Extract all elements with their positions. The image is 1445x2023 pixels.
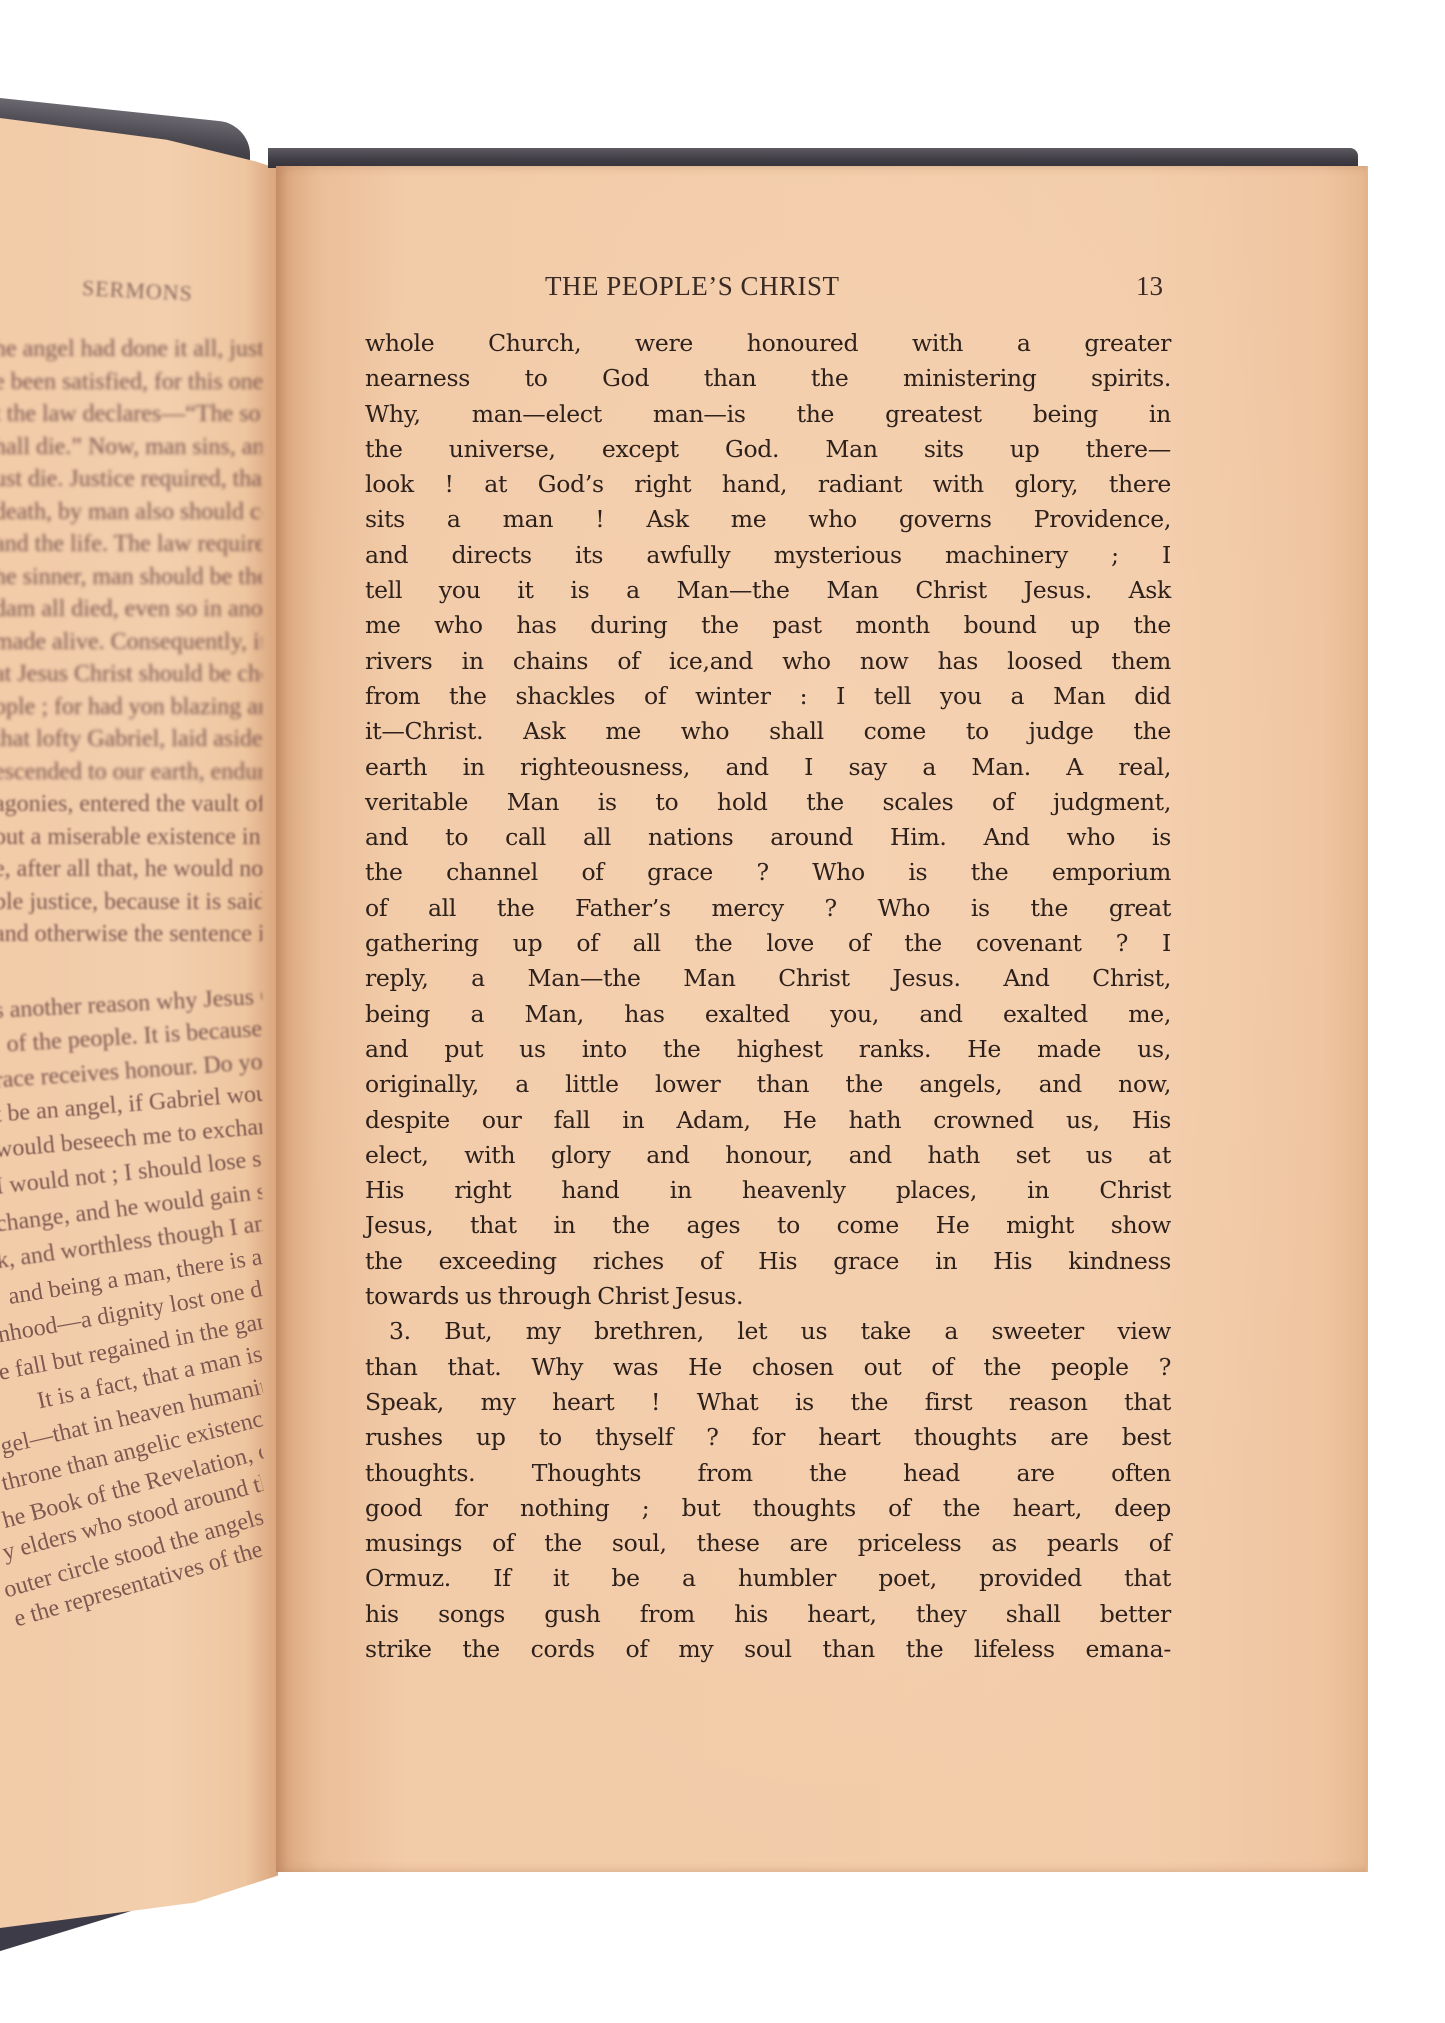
right-cover-edge bbox=[268, 148, 1358, 168]
left-line: made alive. Consequently, it was bbox=[0, 626, 262, 659]
text-line: Why, man—elect man—is the greatest being… bbox=[365, 397, 1171, 432]
left-line: agonies, entered the vault of death, bbox=[0, 788, 262, 821]
left-line: and otherwise the sentence is not bbox=[0, 918, 262, 951]
text-line: the universe, except God. Man sits up th… bbox=[365, 432, 1171, 467]
text-line: reply, a Man—the Man Christ Jesus. And C… bbox=[365, 961, 1171, 996]
book-photo: SERMONS he angel had done it all, justic… bbox=[0, 0, 1445, 2023]
text-line: Speak, my heart ! What is the first reas… bbox=[365, 1385, 1171, 1420]
text-line: Ormuz. If it be a humbler poet, provided… bbox=[365, 1561, 1171, 1596]
text-line: than that. Why was He chosen out of the … bbox=[365, 1350, 1171, 1385]
left-line: that lofty Gabriel, laid aside his bbox=[0, 723, 262, 756]
page-header: THE PEOPLE’S CHRIST 13 bbox=[276, 271, 1366, 301]
text-line: veritable Man is to hold the scales of j… bbox=[365, 785, 1171, 820]
paragraph-gap bbox=[0, 951, 262, 981]
text-line: towards us through Christ Jesus. bbox=[365, 1279, 1171, 1314]
left-paragraph-2: s another reason why Jesus Christ of the… bbox=[0, 981, 262, 1566]
text-line: His right hand in heavenly places, in Ch… bbox=[365, 1173, 1171, 1208]
left-running-head: SERMONS bbox=[81, 275, 193, 307]
text-line: and to call all nations around Him. And … bbox=[365, 820, 1171, 855]
left-line: e, after all that, he would not have bbox=[0, 853, 262, 886]
text-line: nearness to God than the ministering spi… bbox=[365, 361, 1171, 396]
text-line: 3. But, my brethren, let us take a sweet… bbox=[365, 1314, 1171, 1349]
left-line: out a miserable existence in so bbox=[0, 821, 262, 854]
left-page: SERMONS he angel had done it all, justic… bbox=[0, 118, 278, 1928]
text-line: it—Christ. Ask me who shall come to judg… bbox=[365, 714, 1171, 749]
left-line: dam all died, even so in another Adam bbox=[0, 593, 262, 626]
text-line: strike the cords of my soul than the lif… bbox=[365, 1632, 1171, 1667]
left-line: ust die. Justice required, that as by bbox=[0, 463, 262, 496]
text-line: from the shackles of winter : I tell you… bbox=[365, 679, 1171, 714]
text-line: sits a man ! Ask me who governs Providen… bbox=[365, 502, 1171, 537]
left-line: ople ; for had yon blazing angel near bbox=[0, 691, 262, 724]
page-body-text: whole Church, were honoured with a great… bbox=[365, 326, 1171, 1667]
text-line: and put us into the highest ranks. He ma… bbox=[365, 1032, 1171, 1067]
text-line: look ! at God’s right hand, radiant with… bbox=[365, 467, 1171, 502]
text-line: earth in righteousness, and I say a Man.… bbox=[365, 750, 1171, 785]
text-line: musings of the soul, these are priceless… bbox=[365, 1526, 1171, 1561]
text-line: the channel of grace ? Who is the empori… bbox=[365, 855, 1171, 890]
right-page: THE PEOPLE’S CHRIST 13 whole Church, wer… bbox=[276, 166, 1368, 1872]
left-line: he angel had done it all, justice would bbox=[0, 333, 262, 366]
text-line: gathering up of all the love of the cove… bbox=[365, 926, 1171, 961]
text-line: whole Church, were honoured with a great… bbox=[365, 326, 1171, 361]
text-line: Jesus, that in the ages to come He might… bbox=[365, 1208, 1171, 1243]
text-line: rivers in chains of ice,and who now has … bbox=[365, 644, 1171, 679]
text-line: and directs its awfully mysterious machi… bbox=[365, 538, 1171, 573]
page-number: 13 bbox=[1136, 271, 1163, 302]
left-line: ble justice, because it is said, a bbox=[0, 886, 262, 919]
left-line: hall die.” Now, man sins, and there bbox=[0, 431, 262, 464]
left-line: t the law declares—“The soul that bbox=[0, 398, 262, 431]
left-page-text: he angel had done it all, justice would … bbox=[0, 333, 262, 1566]
left-line: e been satisfied, for this one simple bbox=[0, 366, 262, 399]
text-line: originally, a little lower than the ange… bbox=[365, 1067, 1171, 1102]
text-line: despite our fall in Adam, He hath crowne… bbox=[365, 1103, 1171, 1138]
text-line: being a Man, has exalted you, and exalte… bbox=[365, 997, 1171, 1032]
text-line: me who has during the past month bound u… bbox=[365, 608, 1171, 643]
left-line: he sinner, man should be the victim— bbox=[0, 561, 262, 594]
text-line: good for nothing ; but thoughts of the h… bbox=[365, 1491, 1171, 1526]
left-line: death, by man also should come the bbox=[0, 496, 262, 529]
text-line: the exceeding riches of His grace in His… bbox=[365, 1244, 1171, 1279]
text-line: of all the Father’s mercy ? Who is the g… bbox=[365, 891, 1171, 926]
left-line: at Jesus Christ should be chosen bbox=[0, 658, 262, 691]
left-line: and the life. The law required, that bbox=[0, 528, 262, 561]
text-line: his songs gush from his heart, they shal… bbox=[365, 1597, 1171, 1632]
left-line: escended to our earth, endured bbox=[0, 756, 262, 789]
text-line: thoughts. Thoughts from the head are oft… bbox=[365, 1456, 1171, 1491]
running-head: THE PEOPLE’S CHRIST bbox=[545, 271, 840, 302]
text-line: tell you it is a Man—the Man Christ Jesu… bbox=[365, 573, 1171, 608]
text-line: rushes up to thyself ? for heart thought… bbox=[365, 1420, 1171, 1455]
text-line: elect, with glory and honour, and hath s… bbox=[365, 1138, 1171, 1173]
